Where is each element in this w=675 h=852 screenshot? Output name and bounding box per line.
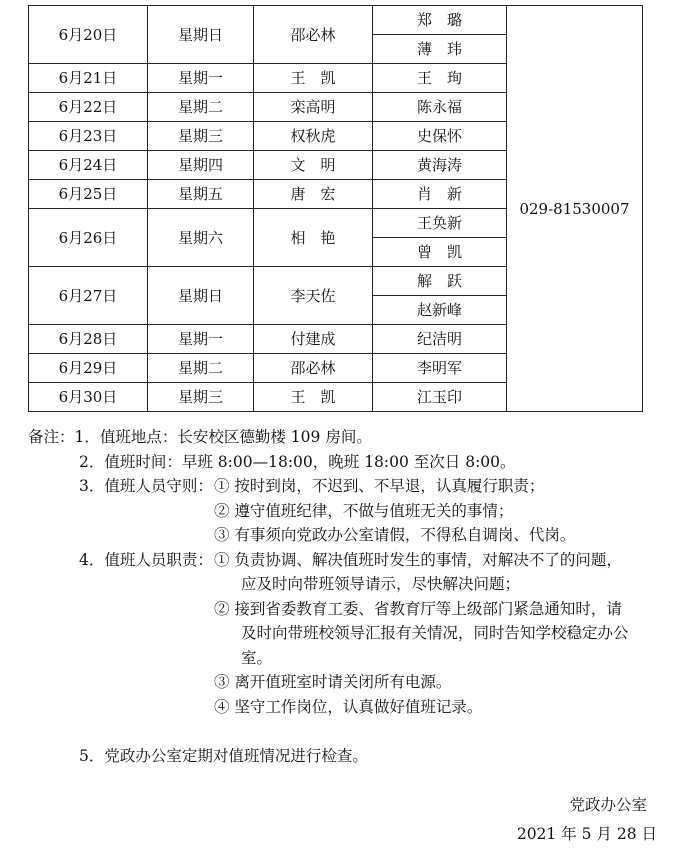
duty-item: ③ 离开值班室时请关闭所有电源。 <box>214 670 636 695</box>
date-cell: 6月24日 <box>29 151 148 180</box>
staff-cell: 肖 新 <box>373 180 507 209</box>
leader-cell: 文 明 <box>254 151 373 180</box>
date-cell: 6月22日 <box>29 93 148 122</box>
staff-cell: 李明军 <box>373 354 507 383</box>
weekday-cell: 星期三 <box>148 383 254 412</box>
leader-cell: 权秋虎 <box>254 122 373 151</box>
duty-item: ④ 坚守工作岗位，认真做好值班记录。 <box>214 695 636 720</box>
note-item-4: 4．值班人员职责： ① 负责协调、解决值班时发生的事情，对解决不了的问题，应及时… <box>28 548 516 573</box>
staff-cell: 纪洁明 <box>373 325 507 354</box>
leader-cell: 相 艳 <box>254 209 373 267</box>
rule-item: ② 遵守值班纪律，不做与值班无关的事情； <box>214 499 634 524</box>
weekday-cell: 星期五 <box>148 180 254 209</box>
staff-cell: 黄海涛 <box>373 151 507 180</box>
note-text: 1．值班地点：长安校区德勤楼 109 房间。 <box>75 428 372 446</box>
date-cell: 6月25日 <box>29 180 148 209</box>
weekday-cell: 星期二 <box>148 354 254 383</box>
note-label: 4．值班人员职责： <box>79 548 234 573</box>
leader-cell: 李天佐 <box>254 267 373 325</box>
leader-cell: 王 凯 <box>254 383 373 412</box>
staff-cell: 江玉印 <box>373 383 507 412</box>
note-label: 3．值班人员守则： <box>79 474 234 499</box>
leader-cell: 邵必林 <box>254 6 373 64</box>
staff-cell: 陈永福 <box>373 93 507 122</box>
staff-cell: 曾 凯 <box>373 238 507 267</box>
rules-list: ① 按时到岗，不迟到、不早退，认真履行职责； ② 遵守值班纪律，不做与值班无关的… <box>214 474 634 548</box>
notes-section: 备注：1．值班地点：长安校区德勤楼 109 房间。 2．值班时间：早班 8:00… <box>28 425 516 769</box>
duty-schedule-table: 6月20日 星期日 邵必林 郑 璐 029-81530007 薄 玮 6月21日… <box>28 5 643 412</box>
duty-item: ② 接到省委教育工委、省教育厅等上级部门紧急通知时，请及时向带班校领导汇报有关情… <box>214 597 636 671</box>
leader-cell: 付建成 <box>254 325 373 354</box>
date-cell: 6月27日 <box>29 267 148 325</box>
weekday-cell: 星期一 <box>148 64 254 93</box>
note-item-5: 5．党政办公室定期对值班情况进行检查。 <box>28 744 516 769</box>
date-cell: 6月20日 <box>29 6 148 64</box>
weekday-cell: 星期二 <box>148 93 254 122</box>
weekday-cell: 星期三 <box>148 122 254 151</box>
signature-date: 2021 年 5 月 28 日 <box>517 822 657 844</box>
date-cell: 6月23日 <box>29 122 148 151</box>
weekday-cell: 星期一 <box>148 325 254 354</box>
notes-prefix: 备注： <box>28 428 75 446</box>
note-item-1: 备注：1．值班地点：长安校区德勤楼 109 房间。 <box>28 425 516 450</box>
staff-cell: 赵新峰 <box>373 296 507 325</box>
leader-cell: 王 凯 <box>254 64 373 93</box>
date-cell: 6月26日 <box>29 209 148 267</box>
date-cell: 6月29日 <box>29 354 148 383</box>
staff-cell: 王奂新 <box>373 209 507 238</box>
date-cell: 6月28日 <box>29 325 148 354</box>
rule-item: ① 按时到岗，不迟到、不早退，认真履行职责； <box>214 474 634 499</box>
weekday-cell: 星期六 <box>148 209 254 267</box>
phone-cell: 029-81530007 <box>507 6 643 412</box>
staff-cell: 王 珣 <box>373 64 507 93</box>
table-row: 6月20日 星期日 邵必林 郑 璐 029-81530007 <box>29 6 643 35</box>
duty-item: ① 负责协调、解决值班时发生的事情，对解决不了的问题，应及时向带班领导请示，尽快… <box>214 548 636 597</box>
date-cell: 6月30日 <box>29 383 148 412</box>
staff-cell: 史保怀 <box>373 122 507 151</box>
rule-item: ③ 有事须向党政办公室请假，不得私自调岗、代岗。 <box>214 523 634 548</box>
weekday-cell: 星期四 <box>148 151 254 180</box>
note-item-2: 2．值班时间：早班 8:00—18:00，晚班 18:00 至次日 8:00。 <box>28 450 516 475</box>
staff-cell: 郑 璐 <box>373 6 507 35</box>
date-cell: 6月21日 <box>29 64 148 93</box>
leader-cell: 栾高明 <box>254 93 373 122</box>
weekday-cell: 星期日 <box>148 6 254 64</box>
staff-cell: 薄 玮 <box>373 35 507 64</box>
note-item-3: 3．值班人员守则： ① 按时到岗，不迟到、不早退，认真履行职责； ② 遵守值班纪… <box>28 474 516 499</box>
weekday-cell: 星期日 <box>148 267 254 325</box>
staff-cell: 解 跃 <box>373 267 507 296</box>
signature-office: 党政办公室 <box>569 793 647 815</box>
leader-cell: 唐 宏 <box>254 180 373 209</box>
leader-cell: 邵必林 <box>254 354 373 383</box>
duties-list: ① 负责协调、解决值班时发生的事情，对解决不了的问题，应及时向带班领导请示，尽快… <box>214 548 636 720</box>
